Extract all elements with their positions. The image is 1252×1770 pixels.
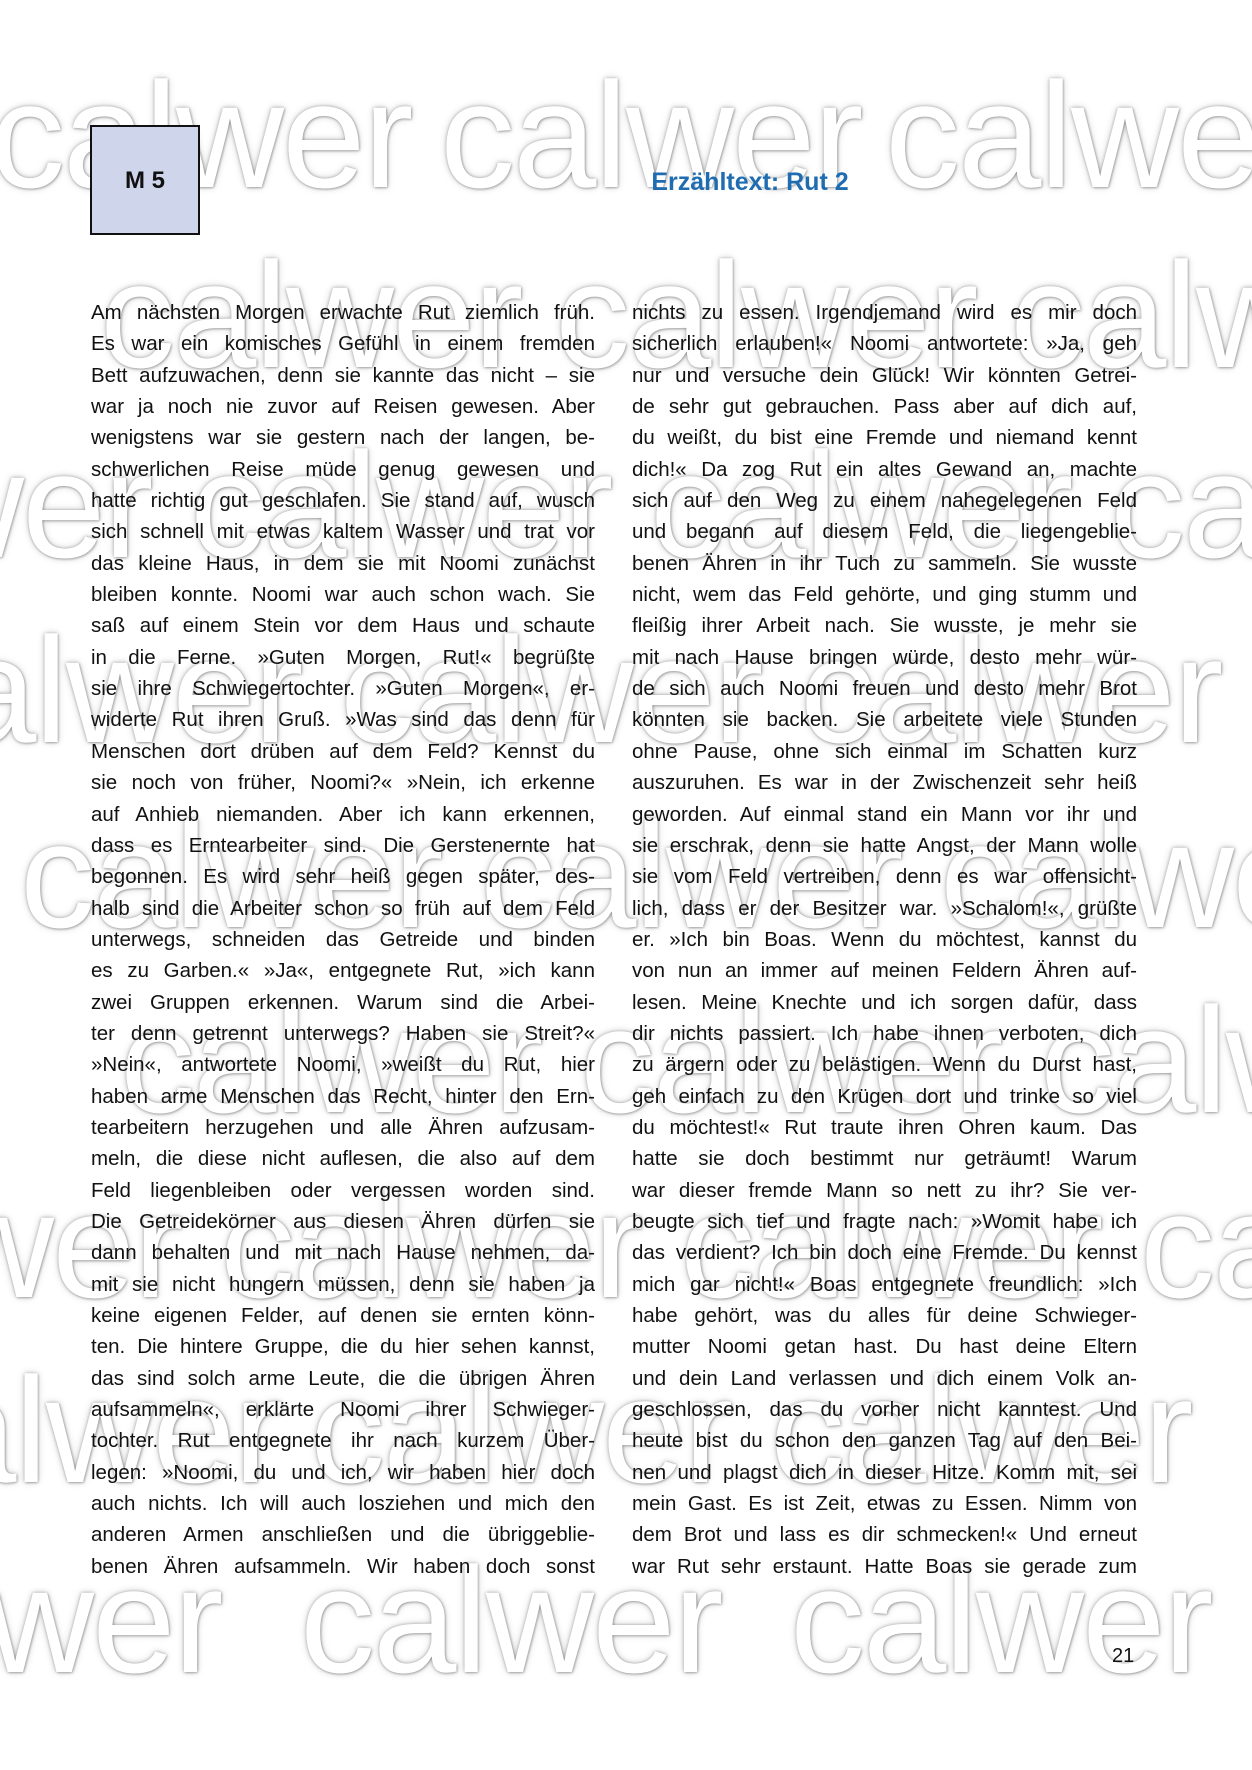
text-line: nur und versuche dein Glück! Wir könnten… xyxy=(632,360,1137,391)
text-line: lesen. Meine Knechte und ich sorgen dafü… xyxy=(632,987,1137,1018)
text-line: zwei Gruppen erkennen. Warum sind die Ar… xyxy=(91,987,595,1018)
text-line: beugte sich tief und fragte nach: »Womit… xyxy=(632,1206,1137,1237)
text-line: geworden. Auf einmal stand ein Mann vor … xyxy=(632,799,1137,830)
text-line: lich, dass er der Besitzer war. »Schalom… xyxy=(632,893,1137,924)
text-line: das sind solch arme Leute, die die übrig… xyxy=(91,1363,595,1394)
text-line: zu ärgern oder zu belästigen. Wenn du Du… xyxy=(632,1049,1137,1080)
text-line: mutter Noomi getan hast. Du hast deine E… xyxy=(632,1331,1137,1362)
material-label-box: M 5 xyxy=(90,125,200,235)
text-line: dann behalten und mit nach Hause nehmen,… xyxy=(91,1237,595,1268)
text-line: sicherlich erlauben!« Noomi antwortete: … xyxy=(632,328,1137,359)
text-line: schwerlichen Reise müde genug gewesen un… xyxy=(91,454,595,485)
text-line: das kleine Haus, in dem sie mit Noomi zu… xyxy=(91,548,595,579)
text-line: bleiben konnte. Noomi war auch schon wac… xyxy=(91,579,595,610)
text-line: Feld liegenbleiben oder vergessen worden… xyxy=(91,1175,595,1206)
text-line: du weißt, du bist eine Fremde und nieman… xyxy=(632,422,1137,453)
text-line: tearbeitern herzugehen und alle Ähren au… xyxy=(91,1112,595,1143)
material-label: M 5 xyxy=(92,167,198,195)
text-line: sie vom Feld vertreiben, denn es war off… xyxy=(632,861,1137,892)
text-line: de sich auch Noomi freuen und desto mehr… xyxy=(632,673,1137,704)
text-line: fleißig ihrer Arbeit nach. Sie wusste, j… xyxy=(632,610,1137,641)
text-line: halb sind die Arbeiter schon so früh auf… xyxy=(91,893,595,924)
text-line: begonnen. Es wird sehr heiß gegen später… xyxy=(91,861,595,892)
text-line: benen Ähren in ihr Tuch zu sammeln. Sie … xyxy=(632,548,1137,579)
text-line: und dein Land verlassen und dich einem V… xyxy=(632,1363,1137,1394)
text-line: saß auf einem Stein vor dem Haus und sch… xyxy=(91,610,595,641)
text-line: nichts zu essen. Irgendjemand wird es mi… xyxy=(632,297,1137,328)
text-column-left: Am nächsten Morgen erwachte Rut ziemlich… xyxy=(91,297,595,1582)
text-line: dir nichts passiert. Ich habe ihnen verb… xyxy=(632,1018,1137,1049)
text-line: du möchtest!« Rut traute ihren Ohren kau… xyxy=(632,1112,1137,1143)
text-line: mit nach Hause bringen würde, desto mehr… xyxy=(632,642,1137,673)
text-line: »Nein«, antwortete Noomi, »weißt du Rut,… xyxy=(91,1049,595,1080)
text-line: ohne Pause, ohne sich einmal im Schatten… xyxy=(632,736,1137,767)
page-title: Erzähltext: Rut 2 xyxy=(540,168,960,197)
text-line: könnten sie backen. Sie arbeitete viele … xyxy=(632,704,1137,735)
text-line: anderen Armen anschließen und die übrigg… xyxy=(91,1519,595,1550)
text-line: geschlossen, das du vorher nicht kanntes… xyxy=(632,1394,1137,1425)
text-line: tochter. Rut entgegnete ihr nach kurzem … xyxy=(91,1425,595,1456)
text-line: Es war ein komisches Gefühl in einem fre… xyxy=(91,328,595,359)
text-line: mein Gast. Es ist Zeit, etwas zu Essen. … xyxy=(632,1488,1137,1519)
text-line: auszuruhen. Es war in der Zwischenzeit s… xyxy=(632,767,1137,798)
text-line: sich schnell mit etwas kaltem Wasser und… xyxy=(91,516,595,547)
text-line: nicht, wem das Feld gehörte, und ging st… xyxy=(632,579,1137,610)
text-line: ten. Die hintere Gruppe, die du hier seh… xyxy=(91,1331,595,1362)
text-line: es zu Garben.« »Ja«, entgegnete Rut, »ic… xyxy=(91,955,595,986)
text-line: war ja noch nie zuvor auf Reisen gewesen… xyxy=(91,391,595,422)
text-line: das verdient? Ich bin doch eine Fremde. … xyxy=(632,1237,1137,1268)
text-line: und begann auf diesem Feld, die liegenge… xyxy=(632,516,1137,547)
page-number: 21 xyxy=(1112,1645,1134,1668)
text-line: mich gar nicht!« Boas entgegnete freundl… xyxy=(632,1269,1137,1300)
text-line: dich!« Da zog Rut ein altes Gewand an, m… xyxy=(632,454,1137,485)
text-line: meln, die diese nicht auflesen, die also… xyxy=(91,1143,595,1174)
text-line: sie noch von früher, Noomi?« »Nein, ich … xyxy=(91,767,595,798)
watermark: calwer xyxy=(0,60,411,210)
text-line: habe gehört, was du alles für deine Schw… xyxy=(632,1300,1137,1331)
text-line: Menschen dort drüben auf dem Feld? Kenns… xyxy=(91,736,595,767)
text-line: sie ihre Schwiegertochter. »Guten Morgen… xyxy=(91,673,595,704)
text-line: auch nichts. Ich will auch losziehen und… xyxy=(91,1488,595,1519)
text-line: von nun an immer auf meinen Feldern Ähre… xyxy=(632,955,1137,986)
text-line: geh einfach zu den Krügen dort und trink… xyxy=(632,1081,1137,1112)
text-line: sich auf den Weg zu einem nahegelegenen … xyxy=(632,485,1137,516)
text-line: dass es Erntearbeiter sind. Die Gerstene… xyxy=(91,830,595,861)
text-line: ter denn getrennt unterwegs? Haben sie S… xyxy=(91,1018,595,1049)
text-line: war Rut sehr erstaunt. Hatte Boas sie ge… xyxy=(632,1551,1137,1582)
text-line: hatte richtig gut geschlafen. Sie stand … xyxy=(91,485,595,516)
text-line: war dieser fremde Mann so nett zu ihr? S… xyxy=(632,1175,1137,1206)
text-line: wenigstens war sie gestern nach der lang… xyxy=(91,422,595,453)
text-line: Am nächsten Morgen erwachte Rut ziemlich… xyxy=(91,297,595,328)
text-line: keine eigenen Felder, auf denen sie ernt… xyxy=(91,1300,595,1331)
text-line: widerte Rut ihren Gruß. »Was sind das de… xyxy=(91,704,595,735)
text-line: haben arme Menschen das Recht, hinter de… xyxy=(91,1081,595,1112)
text-line: unterwegs, schneiden das Getreide und bi… xyxy=(91,924,595,955)
text-line: er. »Ich bin Boas. Wenn du möchtest, kan… xyxy=(632,924,1137,955)
text-line: Bett aufzuwachen, denn sie kannte das ni… xyxy=(91,360,595,391)
text-line: aufsammeln«, erklärte Noomi ihrer Schwie… xyxy=(91,1394,595,1425)
text-line: benen Ähren aufsammeln. Wir haben doch s… xyxy=(91,1551,595,1582)
text-line: sie erschrak, denn sie hatte Angst, der … xyxy=(632,830,1137,861)
text-line: dem Brot und lass es dir schmecken!« Und… xyxy=(632,1519,1137,1550)
text-line: hatte sie doch bestimmt nur geträumt! Wa… xyxy=(632,1143,1137,1174)
text-line: nen und plagst dich in dieser Hitze. Kom… xyxy=(632,1457,1137,1488)
text-line: mit sie nicht hungern müssen, denn sie h… xyxy=(91,1269,595,1300)
text-line: auf Anhieb niemanden. Aber ich kann erke… xyxy=(91,799,595,830)
text-line: de sehr gut gebrauchen. Pass aber auf di… xyxy=(632,391,1137,422)
text-line: in die Ferne. »Guten Morgen, Rut!« begrü… xyxy=(91,642,595,673)
text-line: Die Getreidekörner aus diesen Ähren dürf… xyxy=(91,1206,595,1237)
watermark: calwer xyxy=(1140,1170,1252,1320)
text-column-right: nichts zu essen. Irgendjemand wird es mi… xyxy=(632,297,1137,1582)
text-line: heute bist du schon den ganzen Tag auf d… xyxy=(632,1425,1137,1456)
text-line: legen: »Noomi, du und ich, wir haben hie… xyxy=(91,1457,595,1488)
